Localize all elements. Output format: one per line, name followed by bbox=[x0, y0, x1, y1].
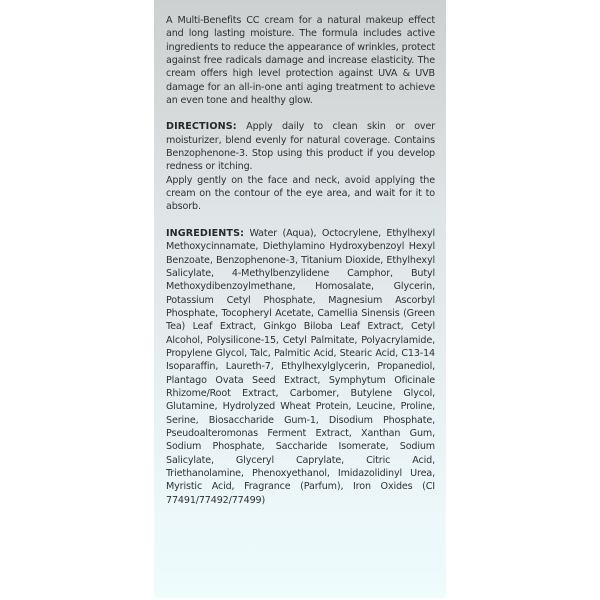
directions-section: DIRECTIONS: Apply daily to clean skin or… bbox=[166, 120, 435, 213]
product-description: A Multi-Benefits CC cream for a natural … bbox=[166, 14, 435, 107]
page: A Multi-Benefits CC cream for a natural … bbox=[0, 0, 600, 600]
directions-application-text: Apply gently on the face and neck, avoid… bbox=[166, 174, 435, 214]
ingredients-list: Water (Aqua), Octocrylene, Ethylhexyl Me… bbox=[166, 228, 435, 506]
directions-paragraph: DIRECTIONS: Apply daily to clean skin or… bbox=[166, 120, 435, 173]
product-label-panel: A Multi-Benefits CC cream for a natural … bbox=[154, 0, 446, 598]
ingredients-paragraph: INGREDIENTS: Water (Aqua), Octocrylene, … bbox=[166, 227, 435, 507]
directions-heading: DIRECTIONS: bbox=[166, 121, 237, 132]
ingredients-heading: INGREDIENTS: bbox=[166, 228, 244, 239]
ingredients-section: INGREDIENTS: Water (Aqua), Octocrylene, … bbox=[166, 227, 435, 507]
